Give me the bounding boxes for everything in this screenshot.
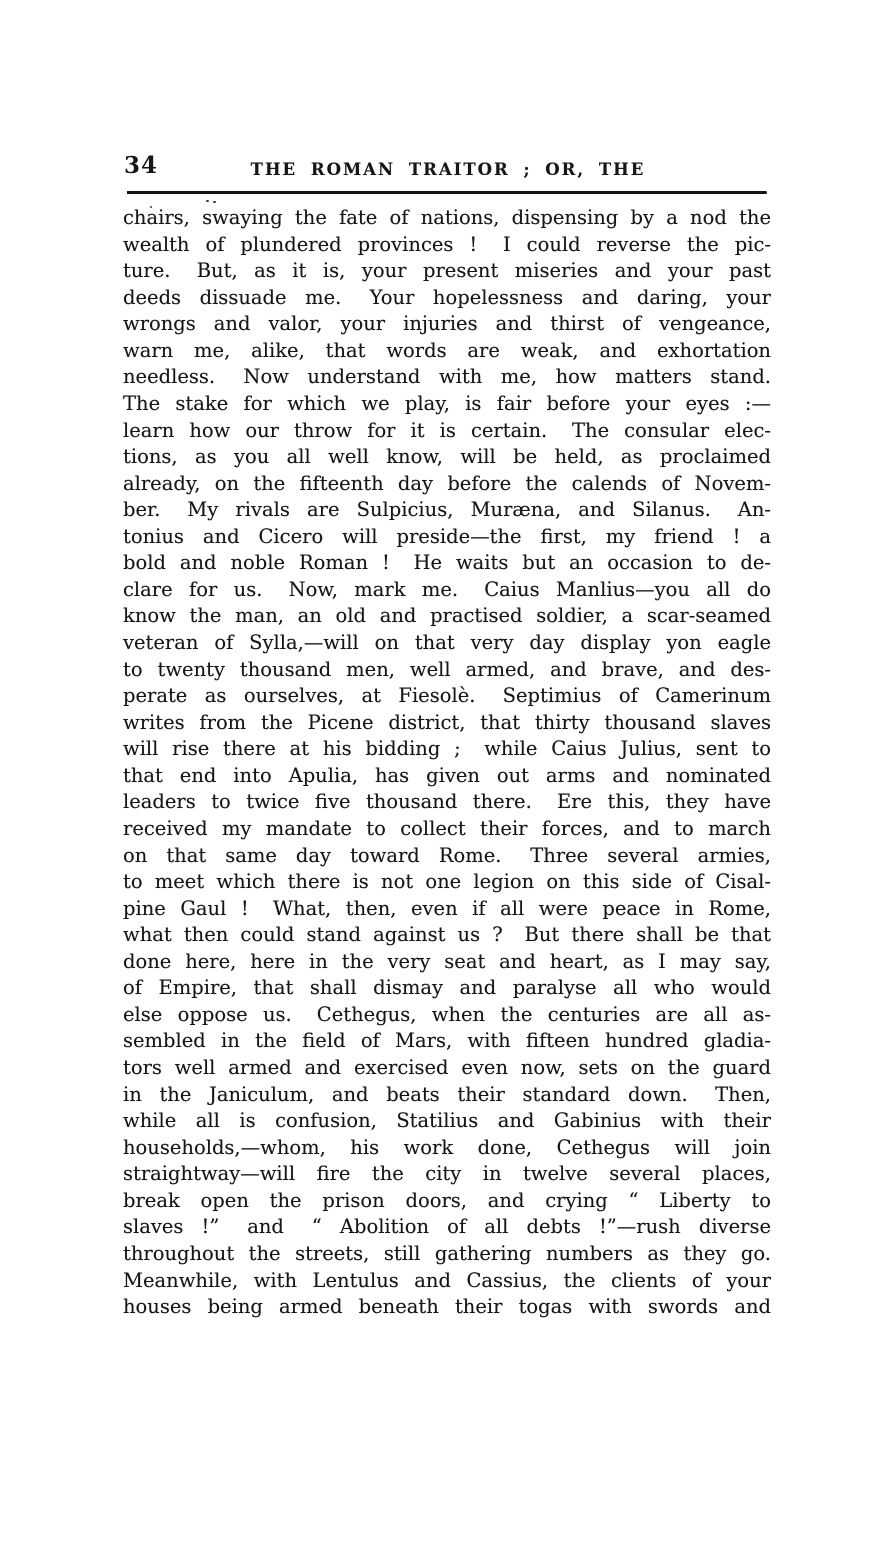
text-line: learn how our throw for it is certain. T… — [123, 418, 771, 445]
text-line: to twenty thousand men, well armed, and … — [123, 657, 771, 684]
text-line: wrongs and valor, your injuries and thir… — [123, 311, 771, 338]
text-line: tors well armed and exercised even now, … — [123, 1055, 771, 1082]
text-line: Meanwhile, with Lentulus and Cassius, th… — [123, 1268, 771, 1295]
text-line: ture. But, as it is, your present miseri… — [123, 258, 771, 285]
text-line: sembled in the field of Mars, with fifte… — [123, 1028, 771, 1055]
text-line: on that same day toward Rome. Three seve… — [123, 843, 771, 870]
text-line: ber. My rivals are Sulpicius, Muræna, an… — [123, 497, 771, 524]
text-line: writes from the Picene district, that th… — [123, 710, 771, 737]
ink-speck — [206, 200, 209, 202]
text-line: what then could stand against us ? But t… — [123, 922, 771, 949]
text-line: to meet which there is not one legion on… — [123, 869, 771, 896]
text-line: houses being armed beneath their togas w… — [123, 1294, 771, 1321]
text-line: throughout the streets, still gathering … — [123, 1241, 771, 1268]
text-line: know the man, an old and practised soldi… — [123, 603, 771, 630]
ink-speck — [213, 201, 216, 203]
text-line: deeds dissuade me. Your hopelessness and… — [123, 285, 771, 312]
text-line: tions, as you all well know, will be hel… — [123, 444, 771, 471]
text-line: tonius and Cicero will preside—the first… — [123, 524, 771, 551]
text-line: already, on the fifteenth day before the… — [123, 471, 771, 498]
text-line: chairs, swaying the fate of nations, dis… — [123, 205, 771, 232]
text-line: straightway—will fire the city in twelve… — [123, 1161, 771, 1188]
text-line: veteran of Sylla,—will on that very day … — [123, 630, 771, 657]
text-line: of Empire, that shall dismay and paralys… — [123, 975, 771, 1002]
text-line: in the Janiculum, and beats their standa… — [123, 1082, 771, 1109]
text-line: else oppose us. Cethegus, when the centu… — [123, 1002, 771, 1029]
text-line: done here, here in the very seat and hea… — [123, 949, 771, 976]
text-line: break open the prison doors, and crying … — [123, 1188, 771, 1215]
text-line: will rise there at his bidding ; while C… — [123, 736, 771, 763]
text-line: perate as ourselves, at Fiesolè. Septimi… — [123, 683, 771, 710]
text-line: households,—whom, his work done, Cethegu… — [123, 1135, 771, 1162]
text-line: that end into Apulia, has given out arms… — [123, 763, 771, 790]
text-line: needless. Now understand with me, how ma… — [123, 364, 771, 391]
book-page: 34 THE ROMAN TRAITOR ; OR, THE chairs, s… — [0, 0, 896, 1550]
text-line: pine Gaul ! What, then, even if all were… — [123, 896, 771, 923]
text-line: bold and noble Roman ! He waits but an o… — [123, 550, 771, 577]
running-title: THE ROMAN TRAITOR ; OR, THE — [0, 160, 896, 179]
text-line: leaders to twice five thousand there. Er… — [123, 789, 771, 816]
text-line: warn me, alike, that words are weak, and… — [123, 338, 771, 365]
text-line: slaves !” and “ Abolition of all debts !… — [123, 1214, 771, 1241]
text-line: while all is confusion, Statilius and Ga… — [123, 1108, 771, 1135]
body-text: chairs, swaying the fate of nations, dis… — [123, 205, 771, 1321]
header-rule — [127, 191, 767, 194]
text-line: received my mandate to collect their for… — [123, 816, 771, 843]
text-line: clare for us. Now, mark me. Caius Manliu… — [123, 577, 771, 604]
text-line: The stake for which we play, is fair bef… — [123, 391, 771, 418]
text-line: wealth of plundered provinces ! I could … — [123, 232, 771, 259]
